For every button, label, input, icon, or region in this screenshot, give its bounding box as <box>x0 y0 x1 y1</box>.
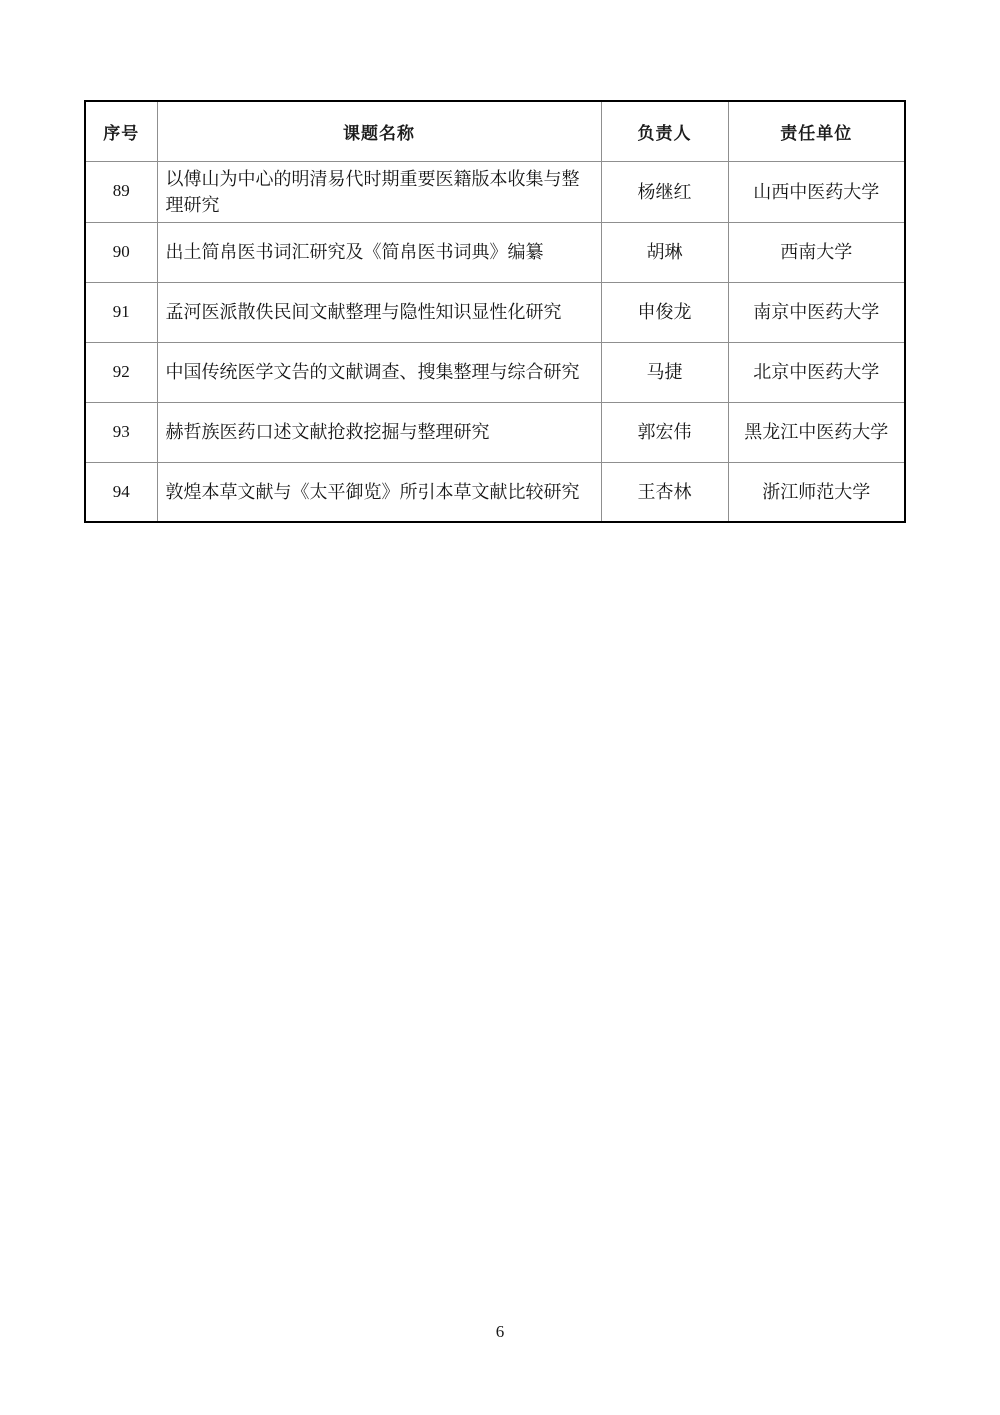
cell-title: 赫哲族医药口述文献抢救挖掘与整理研究 <box>157 402 601 462</box>
cell-title: 中国传统医学文告的文献调查、搜集整理与综合研究 <box>157 342 601 402</box>
header-cell-leader: 负责人 <box>601 101 728 161</box>
cell-title: 以傅山为中心的明清易代时期重要医籍版本收集与整理研究 <box>157 161 601 222</box>
table-body: 89 以傅山为中心的明清易代时期重要医籍版本收集与整理研究 杨继红 山西中医药大… <box>85 161 905 522</box>
cell-unit: 南京中医药大学 <box>728 282 905 342</box>
cell-no: 94 <box>85 462 157 522</box>
cell-leader: 王杏林 <box>601 462 728 522</box>
table-header: 序号 课题名称 负责人 责任单位 <box>85 101 905 161</box>
cell-unit: 山西中医药大学 <box>728 161 905 222</box>
table-row: 92 中国传统医学文告的文献调查、搜集整理与综合研究 马捷 北京中医药大学 <box>85 342 905 402</box>
cell-unit: 黑龙江中医药大学 <box>728 402 905 462</box>
cell-unit: 北京中医药大学 <box>728 342 905 402</box>
cell-title: 出土简帛医书词汇研究及《简帛医书词典》编纂 <box>157 222 601 282</box>
cell-title: 孟河医派散佚民间文献整理与隐性知识显性化研究 <box>157 282 601 342</box>
cell-title: 敦煌本草文献与《太平御览》所引本草文献比较研究 <box>157 462 601 522</box>
table-row: 90 出土简帛医书词汇研究及《简帛医书词典》编纂 胡琳 西南大学 <box>85 222 905 282</box>
cell-no: 92 <box>85 342 157 402</box>
table-row: 93 赫哲族医药口述文献抢救挖掘与整理研究 郭宏伟 黑龙江中医药大学 <box>85 402 905 462</box>
table-row: 89 以傅山为中心的明清易代时期重要医籍版本收集与整理研究 杨继红 山西中医药大… <box>85 161 905 222</box>
cell-leader: 马捷 <box>601 342 728 402</box>
cell-leader: 杨继红 <box>601 161 728 222</box>
cell-no: 93 <box>85 402 157 462</box>
cell-unit: 浙江师范大学 <box>728 462 905 522</box>
header-cell-unit: 责任单位 <box>728 101 905 161</box>
table-header-row: 序号 课题名称 负责人 责任单位 <box>85 101 905 161</box>
header-cell-no: 序号 <box>85 101 157 161</box>
table-row: 94 敦煌本草文献与《太平御览》所引本草文献比较研究 王杏林 浙江师范大学 <box>85 462 905 522</box>
page-number: 6 <box>0 1322 1000 1342</box>
cell-no: 89 <box>85 161 157 222</box>
cell-leader: 申俊龙 <box>601 282 728 342</box>
cell-no: 91 <box>85 282 157 342</box>
cell-leader: 胡琳 <box>601 222 728 282</box>
cell-leader: 郭宏伟 <box>601 402 728 462</box>
projects-table: 序号 课题名称 负责人 责任单位 89 以傅山为中心的明清易代时期重要医籍版本收… <box>84 100 906 523</box>
document-page: 序号 课题名称 负责人 责任单位 89 以傅山为中心的明清易代时期重要医籍版本收… <box>0 0 1000 1415</box>
cell-no: 90 <box>85 222 157 282</box>
cell-unit: 西南大学 <box>728 222 905 282</box>
table-row: 91 孟河医派散佚民间文献整理与隐性知识显性化研究 申俊龙 南京中医药大学 <box>85 282 905 342</box>
header-cell-title: 课题名称 <box>157 101 601 161</box>
